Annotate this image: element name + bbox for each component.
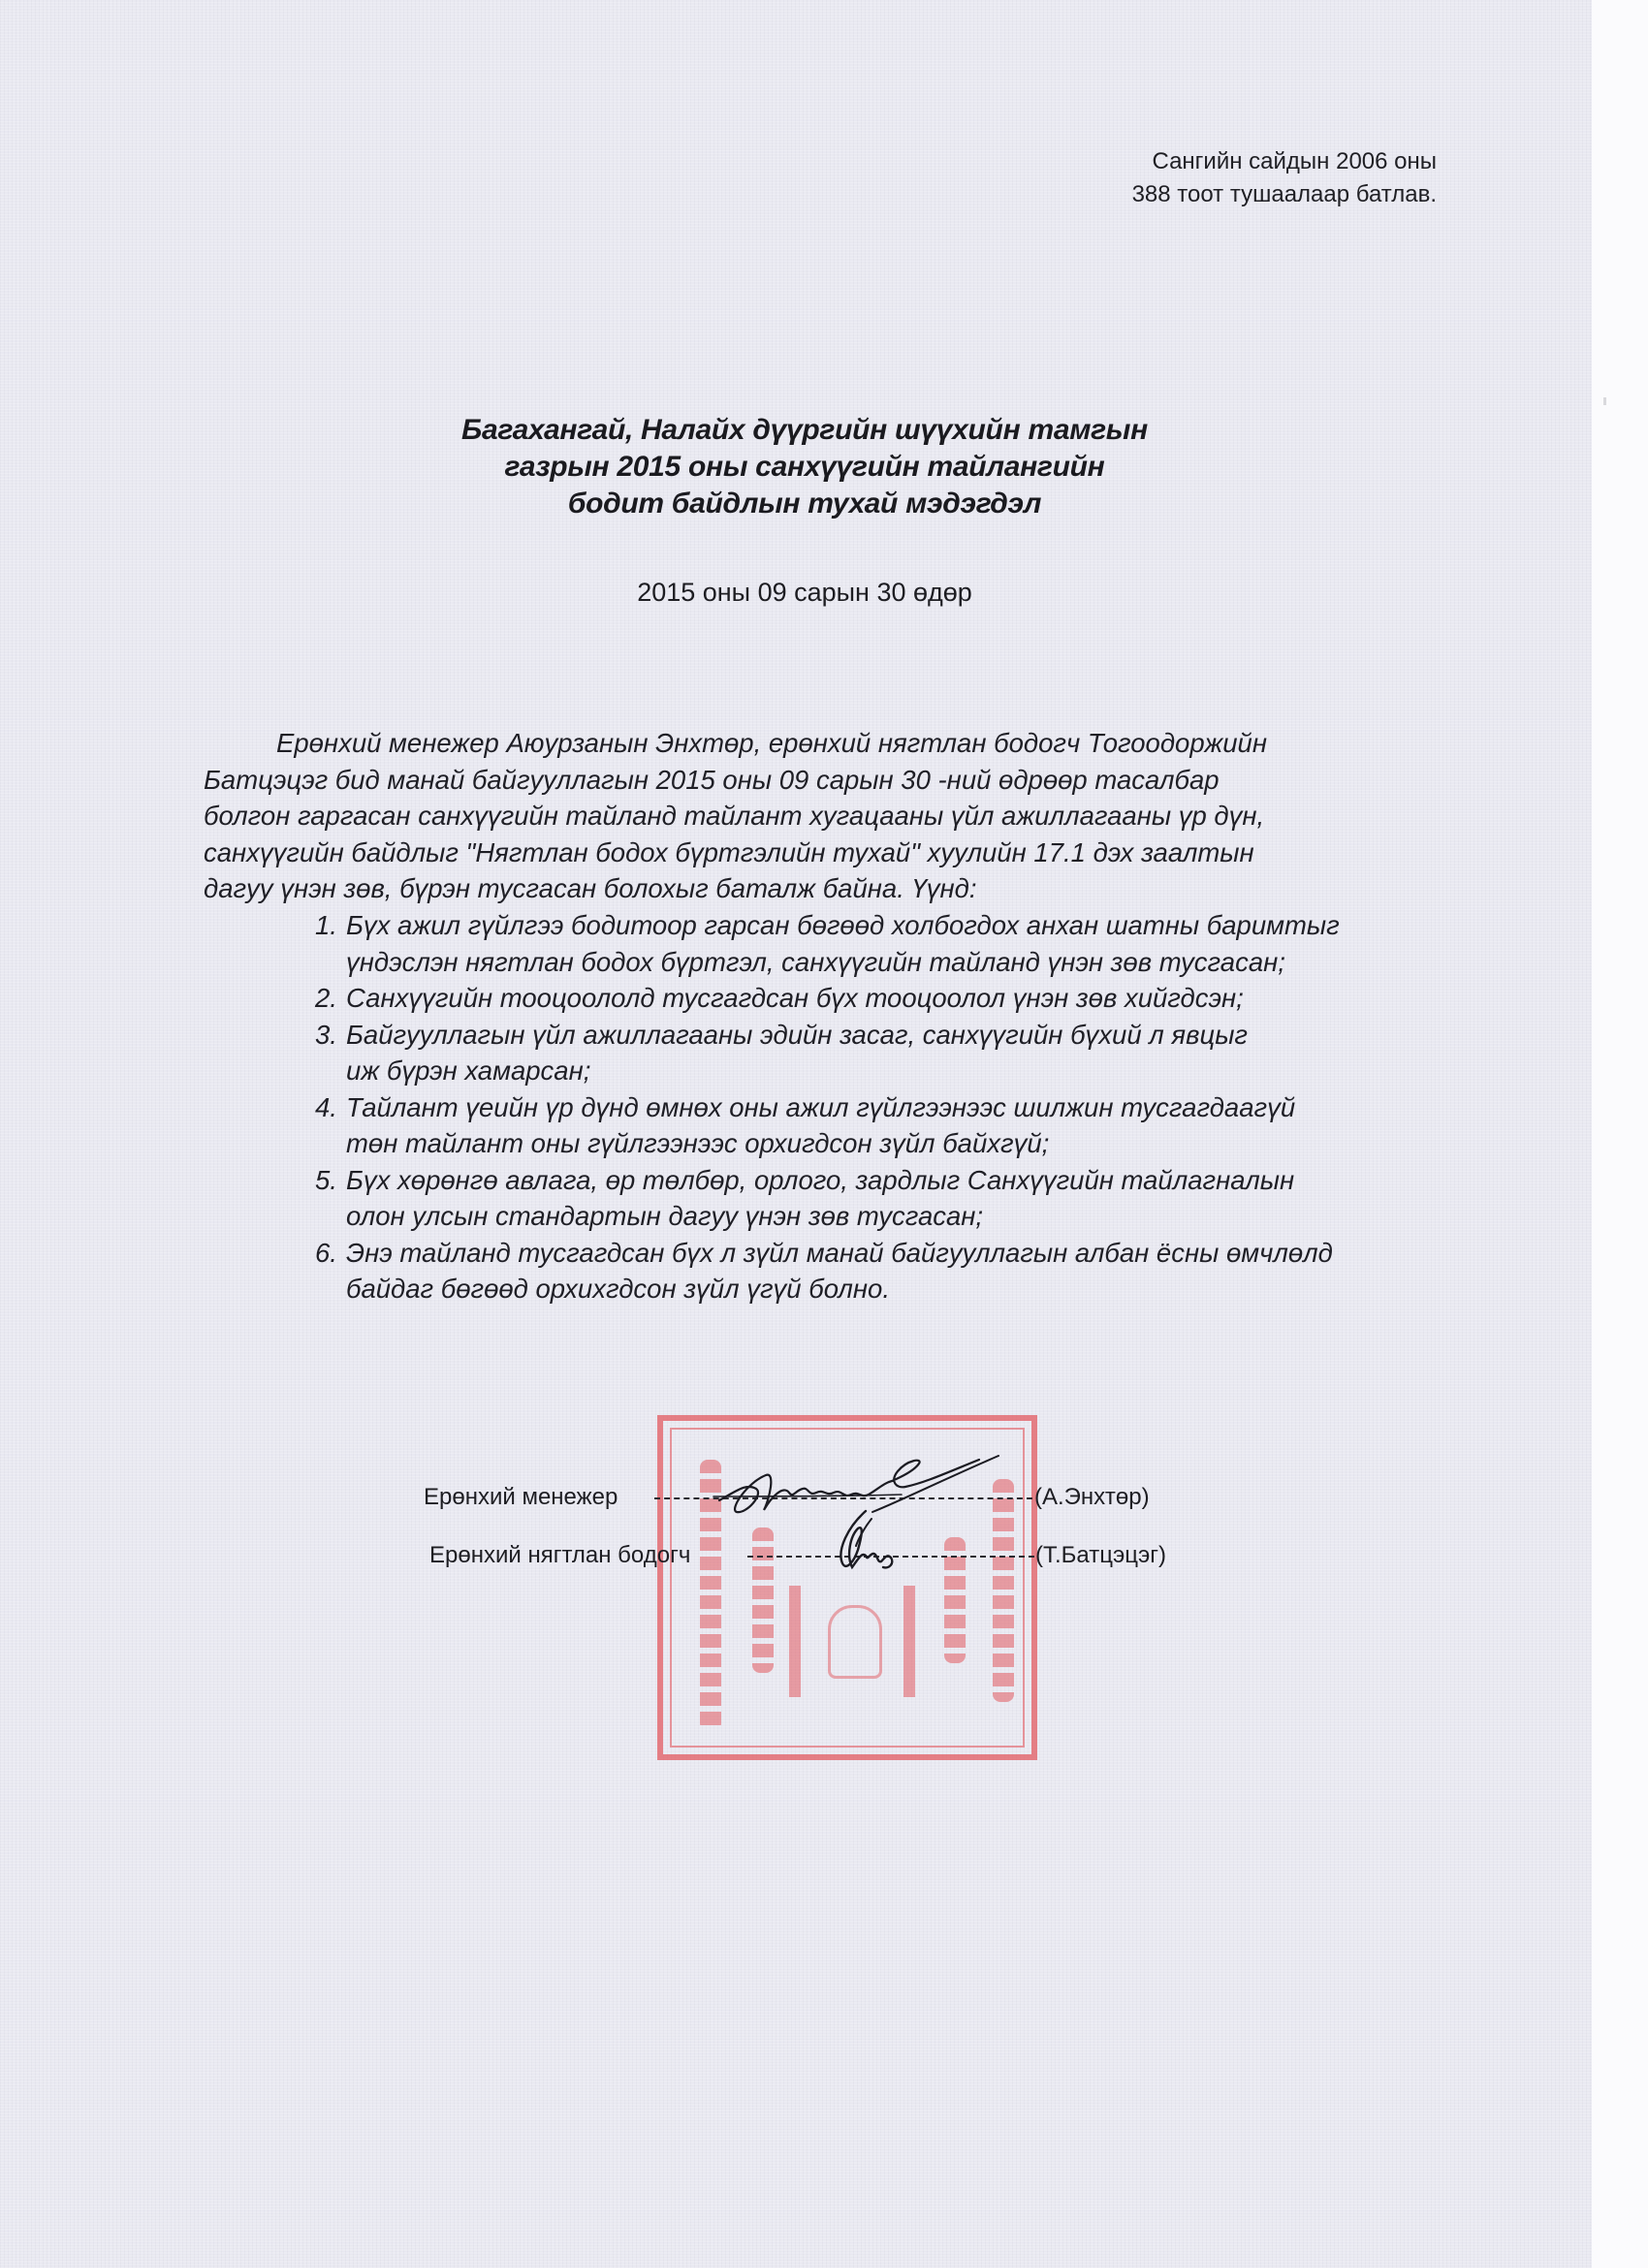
paragraph-line: Батцэцэг бид манай байгууллагын 2015 оны… (204, 762, 1483, 799)
accountant-signature-row: Ерөнхий нягтлан бодогч (Т.Батцэцэг) (429, 1541, 1205, 1570)
title-line-1: Багахангай, Налайх дүүргийн шүүхийн тамг… (0, 412, 1609, 449)
list-item-number: 6. (315, 1235, 337, 1272)
manager-name: (А.Энхтөр) (1034, 1483, 1150, 1512)
list-item-number: 4. (315, 1089, 337, 1126)
paragraph-line: санхүүгийн байдлыг "Нягтлан бодох бүртгэ… (204, 835, 1483, 871)
list-item-number: 1. (315, 907, 337, 944)
list-item-line: Байгууллагын үйл ажиллагааны эдийн засаг… (346, 1017, 1507, 1054)
signature-line (747, 1556, 1034, 1558)
list-item-line: Бүх ажил гүйлгээ бодитоор гарсан бөгөөд … (346, 907, 1507, 944)
list-item-line: олон улсын стандартын дагуу үнэн зөв тус… (346, 1198, 1507, 1235)
paragraph-line: дагуу үнэн зөв, бүрэн тусгасан болохыг б… (204, 870, 1483, 907)
title-line-2: газрын 2015 оны санхүүгийн тайлангийн (0, 449, 1609, 486)
paragraph-line: Ерөнхий менежер Аюурзанын Энхтөр, ерөнхи… (204, 725, 1483, 762)
list-item: 6. Энэ тайланд тусгагдсан бүх л зүйл ман… (315, 1235, 1507, 1307)
list-item-line: байдаг бөгөөд орхихгдсон зүйл үгүй болно… (346, 1271, 1507, 1307)
list-item-number: 5. (315, 1162, 337, 1199)
signature-line (654, 1497, 1032, 1499)
approval-note: Сангийн сайдын 2006 оны 388 тоот тушаала… (952, 145, 1437, 211)
list-item-line: иж бүрэн хамарсан; (346, 1053, 1507, 1089)
document-title: Багахангай, Налайх дүүргийн шүүхийн тамг… (0, 412, 1609, 522)
list-item: 4. Тайлант үеийн үр дүнд өмнөх оны ажил … (315, 1089, 1507, 1162)
seal-emblem-icon (789, 1586, 915, 1697)
official-seal-icon (657, 1415, 1037, 1760)
title-line-3: бодит байдлын тухай мэдэгдэл (0, 486, 1609, 522)
approval-note-line-1: Сангийн сайдын 2006 оны (952, 145, 1437, 178)
paragraph-line: болгон гаргасан санхүүгийн тайланд тайла… (204, 798, 1483, 835)
list-item-line: Бүх хөрөнгө авлага, өр төлбөр, орлого, з… (346, 1162, 1507, 1199)
list-item: 5. Бүх хөрөнгө авлага, өр төлбөр, орлого… (315, 1162, 1507, 1235)
list-item-line: Тайлант үеийн үр дүнд өмнөх оны ажил гүй… (346, 1089, 1507, 1126)
list-item-line: Санхүүгийн тооцоололд тусгагдсан бүх тоо… (346, 980, 1507, 1017)
accountant-title-label: Ерөнхий нягтлан бодогч (429, 1541, 690, 1570)
manager-signature-row: Ерөнхий менежер (А.Энхтөр) (424, 1483, 1199, 1512)
approval-note-line-2: 388 тоот тушаалаар батлав. (952, 178, 1437, 211)
statement-paragraph: Ерөнхий менежер Аюурзанын Энхтөр, ерөнхи… (204, 725, 1483, 907)
accountant-name: (Т.Батцэцэг) (1035, 1541, 1166, 1570)
list-item: 1. Бүх ажил гүйлгээ бодитоор гарсан бөгө… (315, 907, 1507, 980)
list-item-number: 3. (315, 1017, 337, 1054)
list-item-line: үндэслэн нягтлан бодох бүртгэл, санхүүги… (346, 944, 1507, 981)
list-item: 3. Байгууллагын үйл ажиллагааны эдийн за… (315, 1017, 1507, 1089)
scan-artifact (1603, 397, 1606, 405)
list-item: 2. Санхүүгийн тооцоололд тусгагдсан бүх … (315, 980, 1507, 1017)
list-item-line: төн тайлант оны гүйлгээнээс орхигдсон зү… (346, 1125, 1507, 1162)
seal-script-column (993, 1479, 1014, 1702)
confirmation-list: 1. Бүх ажил гүйлгээ бодитоор гарсан бөгө… (315, 907, 1507, 1307)
document-date: 2015 оны 09 сарын 30 өдөр (0, 576, 1609, 609)
list-item-number: 2. (315, 980, 337, 1017)
scanned-page: Сангийн сайдын 2006 оны 388 тоот тушаала… (0, 0, 1592, 2268)
list-item-line: Энэ тайланд тусгагдсан бүх л зүйл манай … (346, 1235, 1507, 1272)
manager-title-label: Ерөнхий менежер (424, 1483, 618, 1512)
